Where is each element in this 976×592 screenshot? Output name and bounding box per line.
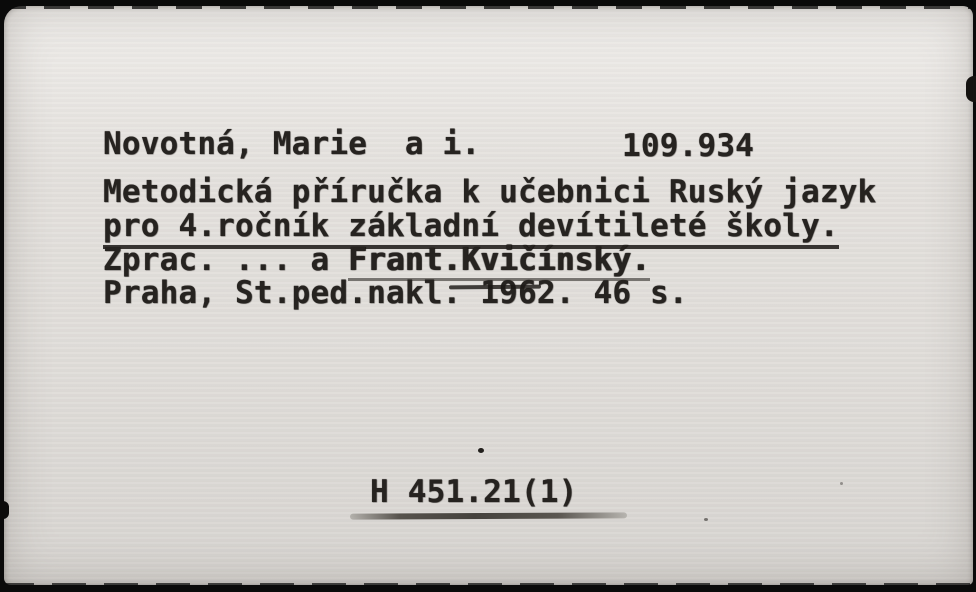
- scan-edge-jag: [0, 583, 976, 586]
- scan-edge-mark: [966, 76, 976, 102]
- call-number-underline: [350, 512, 627, 519]
- responsibility-line: Zprac. ... a Frant.Kvičínský.: [103, 243, 650, 277]
- title-line-2: pro 4.ročník základní devítileté školy.: [103, 209, 839, 243]
- title-line-1: Metodická příručka k učebnici Ruský jazy…: [103, 175, 876, 209]
- scan-edge-jag: [0, 6, 976, 9]
- catalog-card: Novotná, Marie a i. 109.934 Metodická př…: [4, 6, 973, 585]
- scan-edge-mark: [0, 501, 9, 519]
- scan-speck: [478, 448, 484, 453]
- author-heading: Novotná, Marie a i.: [103, 127, 480, 161]
- catalog-card-scan: Novotná, Marie a i. 109.934 Metodická př…: [0, 0, 976, 592]
- imprint-line: Praha, St.ped.nakl. 1962. 46 s.: [103, 276, 688, 310]
- responsibility-prefix: Zprac. ... a: [103, 242, 348, 278]
- call-number: H 451.21(1): [370, 475, 578, 509]
- scan-speck: [840, 482, 843, 485]
- accession-number: 109.934: [622, 129, 754, 163]
- scan-speck: [704, 518, 708, 521]
- typewriter-underline-artifact: [449, 285, 541, 290]
